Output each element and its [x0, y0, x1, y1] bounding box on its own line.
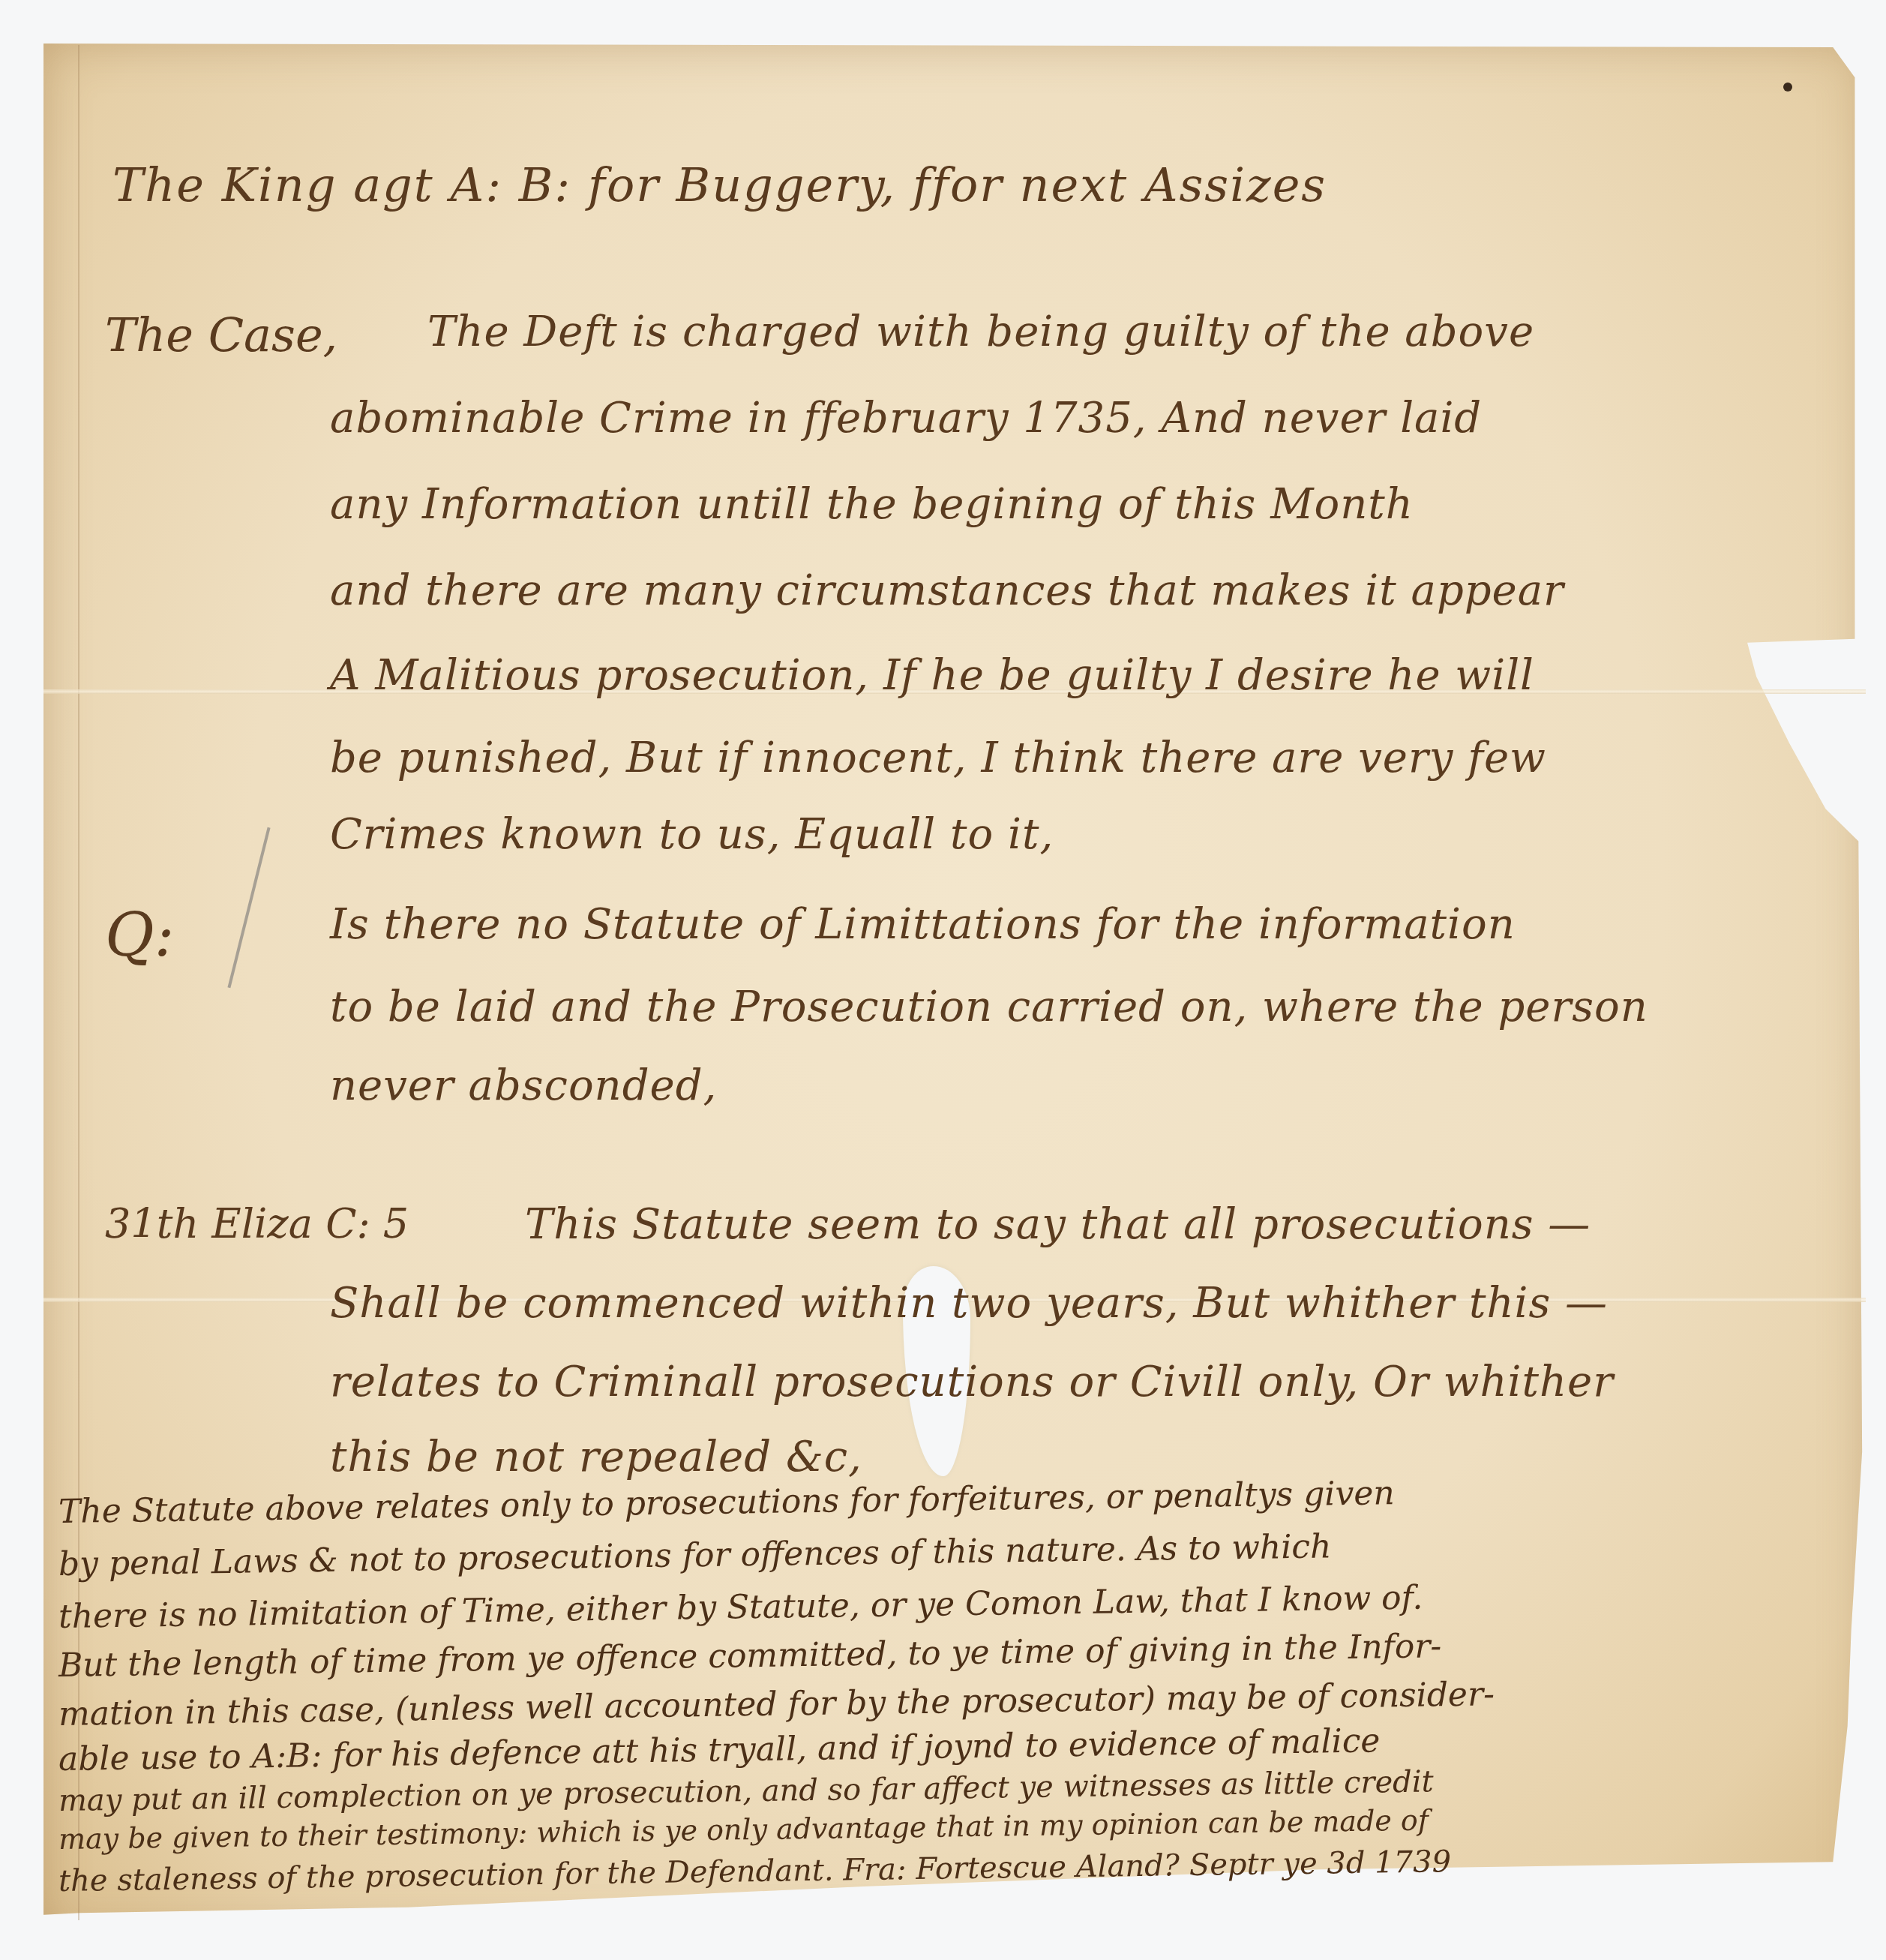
- query-label: Q:: [105, 900, 175, 970]
- case-label: The Case,: [105, 308, 337, 362]
- query-line: Is there no Statute of Limittations for …: [330, 900, 1516, 949]
- statute-line: Shall be commenced within two years, But…: [330, 1279, 1608, 1328]
- case-line: be punished, But if innocent, I think th…: [330, 734, 1546, 782]
- case-line: any Information untill the begining of t…: [330, 480, 1414, 529]
- statute-line: relates to Criminall prosecutions or Civ…: [330, 1358, 1614, 1406]
- statute-line: This Statute seem to say that all prosec…: [525, 1200, 1591, 1249]
- query-line: to be laid and the Prosecution carried o…: [330, 983, 1648, 1031]
- case-line: and there are many circumstances that ma…: [330, 566, 1564, 615]
- ink-blot: [1783, 83, 1792, 92]
- statute-label: 31th Eliza C: 5: [105, 1200, 409, 1247]
- case-line: The Deft is charged with being guilty of…: [427, 308, 1534, 356]
- statute-line: this be not repealed &c,: [330, 1433, 862, 1481]
- case-line: Crimes known to us, Equall to it,: [330, 810, 1054, 859]
- query-line: never absconded,: [330, 1061, 717, 1110]
- case-line: A Malitious prosecution, If he be guilty…: [330, 651, 1534, 700]
- document-heading: The King agt A: B: for Buggery, ffor nex…: [112, 158, 1327, 212]
- case-line: abominable Crime in ffebruary 1735, And …: [330, 394, 1482, 443]
- margin-rule: [78, 45, 79, 1920]
